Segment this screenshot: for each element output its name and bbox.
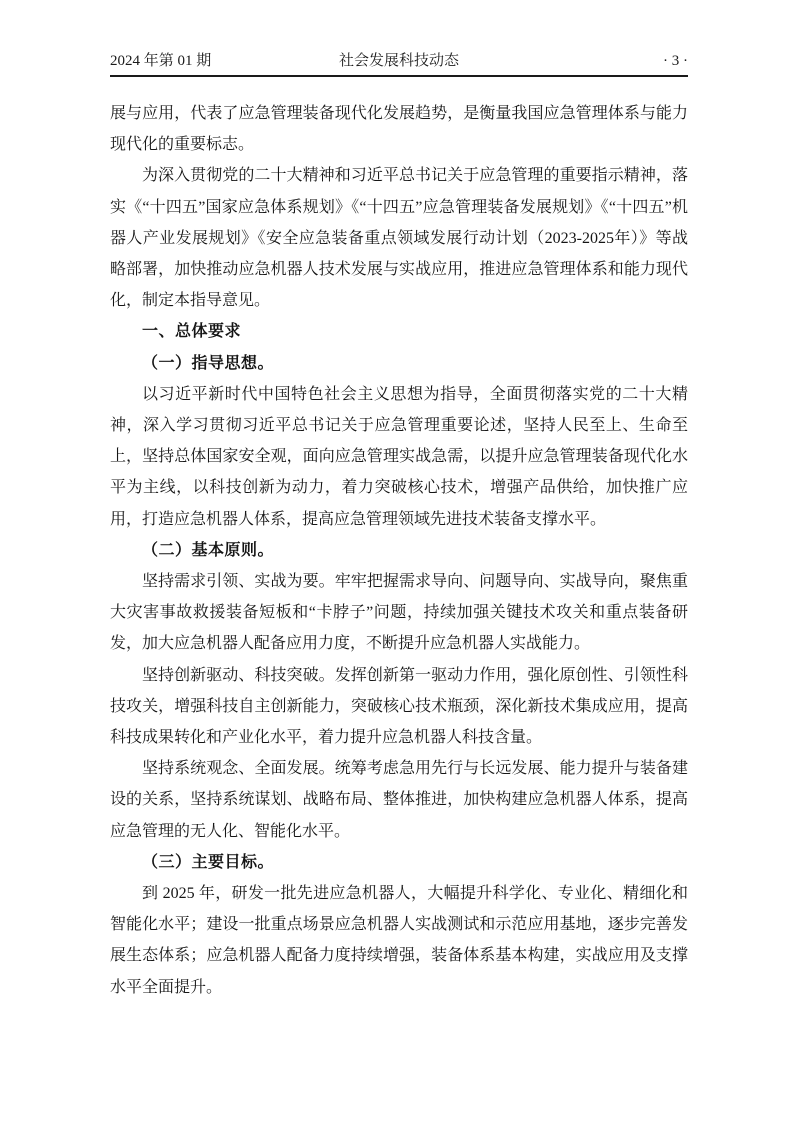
section-heading: （一）指导思想。 bbox=[110, 348, 688, 379]
section-heading: 一、总体要求 bbox=[110, 316, 688, 347]
document-page: 2024 年第 01 期 社会发展科技动态 · 3 · 展与应用，代表了应急管理… bbox=[0, 0, 794, 1123]
body-paragraph: 坚持需求引领、实战为要。牢牢把握需求导向、问题导向、实战导向，聚焦重大灾害事故救… bbox=[110, 566, 688, 660]
section-heading: （二）基本原则。 bbox=[110, 535, 688, 566]
body-paragraph: 坚持系统观念、全面发展。统筹考虑急用先行与长远发展、能力提升与装备建设的关系，坚… bbox=[110, 753, 688, 847]
page-header: 2024 年第 01 期 社会发展科技动态 · 3 · bbox=[110, 52, 688, 77]
document-body: 展与应用，代表了应急管理装备现代化发展趋势，是衡量我国应急管理体系与能力现代化的… bbox=[110, 98, 688, 1003]
body-paragraph: 到 2025 年，研发一批先进应急机器人，大幅提升科学化、专业化、精细化和智能化… bbox=[110, 878, 688, 1003]
body-paragraph: 坚持创新驱动、科技突破。发挥创新第一驱动力作用，强化原创性、引领性科技攻关，增强… bbox=[110, 660, 688, 754]
body-paragraph: 以习近平新时代中国特色社会主义思想为指导，全面贯彻落实党的二十大精神，深入学习贯… bbox=[110, 379, 688, 535]
header-issue-label: 2024 年第 01 期 bbox=[110, 52, 339, 70]
header-page-number: · 3 · bbox=[459, 52, 688, 70]
header-journal-title: 社会发展科技动态 bbox=[339, 52, 459, 70]
section-heading: （三）主要目标。 bbox=[110, 847, 688, 878]
body-paragraph: 为深入贯彻党的二十大精神和习近平总书记关于应急管理的重要指示精神，落实《“十四五… bbox=[110, 160, 688, 316]
body-paragraph: 展与应用，代表了应急管理装备现代化发展趋势，是衡量我国应急管理体系与能力现代化的… bbox=[110, 98, 688, 160]
